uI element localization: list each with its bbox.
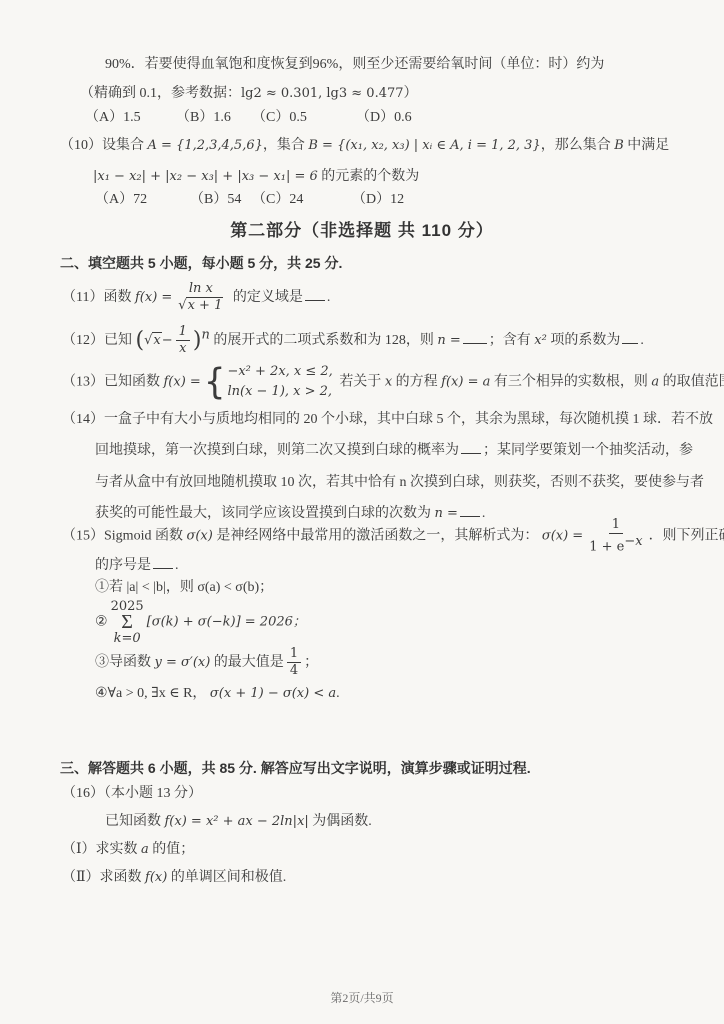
option-a: （A）1.5 (85, 108, 176, 128)
question-10-line2: |x₁ − x₂| + |x₂ − x₃| + |x₃ − x₁| = 6 的元… (93, 167, 419, 187)
reference-data: lg2 ≈ 0.301, lg3 ≈ 0.477 (241, 86, 404, 101)
numerator: 1 (287, 646, 301, 663)
question-text: . (327, 290, 331, 305)
sum-lower-limit: k=0 (114, 632, 141, 645)
var-x: x (385, 374, 392, 389)
question-15-item4: ④∀a > 0, ∃x ∈ R， σ(x + 1) − σ(x) < a. (95, 684, 340, 704)
question-12: （12）已知 (√x−1x)n 的展开式的二项式系数和为 128，则 n =；含… (62, 324, 644, 358)
denominator: 1 + e−x (586, 534, 645, 556)
sqrt-sign: √ (178, 298, 186, 313)
denominator: 4 (287, 663, 301, 679)
question-16-part1: （Ⅰ）求实数 a 的值； (62, 840, 194, 860)
answer-blank (153, 556, 173, 569)
sigma-symbol: Σ (121, 613, 133, 632)
question-text: （13）已知函数 (62, 374, 160, 389)
fraction: 11 + e−x (586, 517, 645, 556)
case-1: −x² + 2x, x ≤ 2, (227, 362, 332, 382)
item-mark: ② (95, 615, 108, 630)
numerator: ln x (186, 281, 216, 298)
sigma-def: σ(x) = (542, 529, 583, 544)
set-b-definition: B = {(x₁, x₂, x₃) | xᵢ ∈ A, i = 1, 2, 3} (308, 138, 540, 153)
part2-title: 第二部分（非选择题 共 110 分） (0, 219, 724, 244)
item-text: ； (304, 655, 318, 670)
question-9-line1: 90%．若要使得血氧饱和度恢复到96%，则至少还需要给氧时间（单位：时）约为 (105, 55, 604, 75)
summation: 2025Σk=0 (111, 600, 144, 645)
option-c: （C）0.5 (252, 108, 356, 128)
question-text: （Ⅰ）求实数 (62, 842, 138, 857)
question-14-line2: 回地摸球，第一次摸到白球，则第二次又摸到白球的概率为；某同学要策划一个抽奖活动，… (95, 441, 693, 461)
option-c: （C）24 (252, 190, 352, 210)
answer-blank (622, 331, 638, 344)
question-text: （11）函数 (62, 290, 131, 305)
section3-header: 三、解答题共 6 小题，共 85 分. 解答应写出文字说明，演算步骤或证明过程. (60, 758, 531, 778)
case-2: ln(x − 1), x > 2, (227, 382, 332, 402)
derivative: y = σ′(x) (155, 655, 211, 670)
answer-blank (461, 441, 481, 454)
question-text: 的单调区间和极值. (171, 870, 287, 885)
item-text: ③导函数 (95, 655, 151, 670)
item-text: ④∀a > 0, ∃x ∈ R， (95, 686, 206, 701)
radicand: x + 1 (187, 297, 224, 313)
den-base: 1 + e (589, 540, 624, 555)
right-paren: ) (193, 328, 202, 353)
radicand: x (152, 332, 161, 348)
question-16-line1: （16）（本小题 13 分） (62, 784, 202, 804)
question-9-options: （A）1.5（B）1.6（C）0.5（D）0.6 (85, 108, 412, 128)
equation: |x₁ − x₂| + |x₂ − x₃| + |x₃ − x₁| = 6 (93, 169, 318, 184)
var-a: a (141, 842, 149, 857)
question-13: （13）已知函数 f(x) ={−x² + 2x, x ≤ 2,ln(x − 1… (62, 362, 724, 402)
question-text: 的取值范围是 (663, 374, 724, 389)
question-text: . (175, 558, 179, 573)
question-text: ，那么集合 (541, 138, 611, 153)
question-text: 90%．若要使得血氧饱和度恢复到96%，则至少还需要给氧时间（单位：时）约为 (105, 57, 604, 72)
question-text: 若关于 (339, 374, 381, 389)
question-text: 的展开式的二项式系数和为 128，则 (213, 333, 434, 348)
question-text: ．则下列正确结论 (649, 529, 724, 544)
section2-header: 二、填空题共 5 小题，每小题 5 分，共 25 分. (60, 253, 342, 273)
question-text: （10）设集合 (60, 138, 144, 153)
left-paren: ( (136, 328, 145, 353)
option-d: （D）12 (352, 190, 404, 210)
denominator: √x + 1 (175, 298, 226, 314)
question-text: 的方程 (396, 374, 438, 389)
page-number: 第2页/共9页 (0, 990, 724, 1007)
question-10-options: （A）72（B）54（C）24（D）12 (95, 190, 404, 210)
item-text: . (336, 686, 340, 701)
question-16-part2: （Ⅱ）求函数 f(x) 的单调区间和极值. (62, 868, 286, 888)
option-d: （D）0.6 (356, 108, 412, 128)
question-text: ；含有 (489, 333, 531, 348)
function-def: f(x) = (164, 374, 201, 389)
numerator: 1 (609, 517, 623, 534)
question-text: 是神经网络中最常用的激活函数之一，其解析式为： (216, 529, 538, 544)
exam-page: 90%．若要使得血氧饱和度恢复到96%，则至少还需要给氧时间（单位：时）约为 （… (0, 0, 724, 1024)
numerator: 1 (176, 324, 190, 341)
question-text: ；某同学要策划一个抽奖活动，参 (483, 443, 693, 458)
fx: f(x) (145, 870, 167, 885)
option-a: （A）72 (95, 190, 190, 210)
left-brace: { (204, 364, 226, 400)
equation: f(x) = a (441, 374, 490, 389)
set-a-definition: A = {1,2,3,4,5,6} (148, 138, 263, 153)
question-text: 的元素的个数为 (321, 169, 419, 184)
inequality: σ(x + 1) − σ(x) < a (210, 686, 336, 701)
question-text: ） (404, 86, 418, 101)
question-text: 的序号是 (95, 558, 151, 573)
function-def: f(x) = x² + ax − 2ln|x| (165, 814, 309, 829)
question-15-item2: ②2025Σk=0[σ(k) + σ(−k)] = 2026； (95, 600, 306, 645)
question-text: ，集合 (263, 138, 305, 153)
question-15-item3: ③导函数 y = σ′(x) 的最大值是14； (95, 646, 318, 680)
question-16-line2: 已知函数 f(x) = x² + ax − 2ln|x| 为偶函数. (105, 812, 372, 832)
den-exponent: −x (624, 534, 642, 549)
minus-sign: − (162, 333, 173, 348)
var-a: a (651, 374, 659, 389)
x-squared: x² (534, 333, 547, 348)
item-text: 的最大值是 (214, 655, 284, 670)
question-text: 项的系数为 (550, 333, 620, 348)
cases-rows: −x² + 2x, x ≤ 2,ln(x − 1), x > 2, (227, 362, 332, 402)
sqrt-term: √x (144, 332, 162, 348)
question-text: （精确到 0.1，参考数据： (80, 86, 241, 101)
piecewise-function: {−x² + 2x, x ≤ 2,ln(x − 1), x > 2, (204, 362, 333, 402)
question-text: 中满足 (627, 138, 669, 153)
question-text: 为偶函数. (312, 814, 372, 829)
question-9-line2: （精确到 0.1，参考数据：lg2 ≈ 0.301, lg3 ≈ 0.477） (80, 84, 418, 104)
sum-expression: [σ(k) + σ(−k)] = 2026； (147, 615, 306, 630)
question-text: 的定义域是 (233, 290, 303, 305)
question-14-line3: 与者从盒中有放回地随机摸取 10 次，若其中恰有 n 次摸到白球，则获奖，否则不… (95, 473, 704, 493)
answer-blank (463, 331, 487, 344)
sigma-x: σ(x) (186, 529, 212, 544)
question-11: （11）函数 f(x) =ln x√x + 1 的定义域是. (62, 281, 330, 315)
fraction: 1x (176, 324, 190, 358)
question-text: 的值； (152, 842, 194, 857)
answer-blank (305, 288, 325, 301)
question-text: （12）已知 (62, 333, 132, 348)
option-b: （B）54 (190, 190, 252, 210)
exponent-n: n (202, 327, 210, 342)
option-b: （B）1.6 (176, 108, 252, 128)
fraction: 14 (287, 646, 301, 680)
n-equals: n = (437, 333, 460, 348)
answer-blank (460, 504, 480, 517)
fraction: ln x√x + 1 (175, 281, 226, 315)
question-text: 有三个相异的实数根，则 (494, 374, 648, 389)
question-text: （15）Sigmoid 函数 (62, 529, 183, 544)
question-15-line2: 的序号是. (95, 556, 179, 576)
question-text: 已知函数 (105, 814, 161, 829)
question-15-line1: （15）Sigmoid 函数 σ(x) 是神经网络中最常用的激活函数之一，其解析… (62, 517, 724, 556)
question-15-item1: ①若 |a| < |b|，则 σ(a) < σ(b)； (95, 578, 273, 598)
denominator: x (176, 341, 189, 357)
function-def: f(x) = (135, 290, 172, 305)
question-text: 回地摸球，第一次摸到白球，则第二次又摸到白球的概率为 (95, 443, 459, 458)
question-10-line1: （10）设集合 A = {1,2,3,4,5,6}，集合 B = {(x₁, x… (60, 136, 664, 156)
var-b: B (614, 138, 624, 153)
question-text: （Ⅱ）求函数 (62, 870, 142, 885)
question-text: . (640, 333, 644, 348)
question-14-line1: （14）一盒子中有大小与质地均相同的 20 个小球，其中白球 5 个，其余为黑球… (62, 410, 713, 430)
